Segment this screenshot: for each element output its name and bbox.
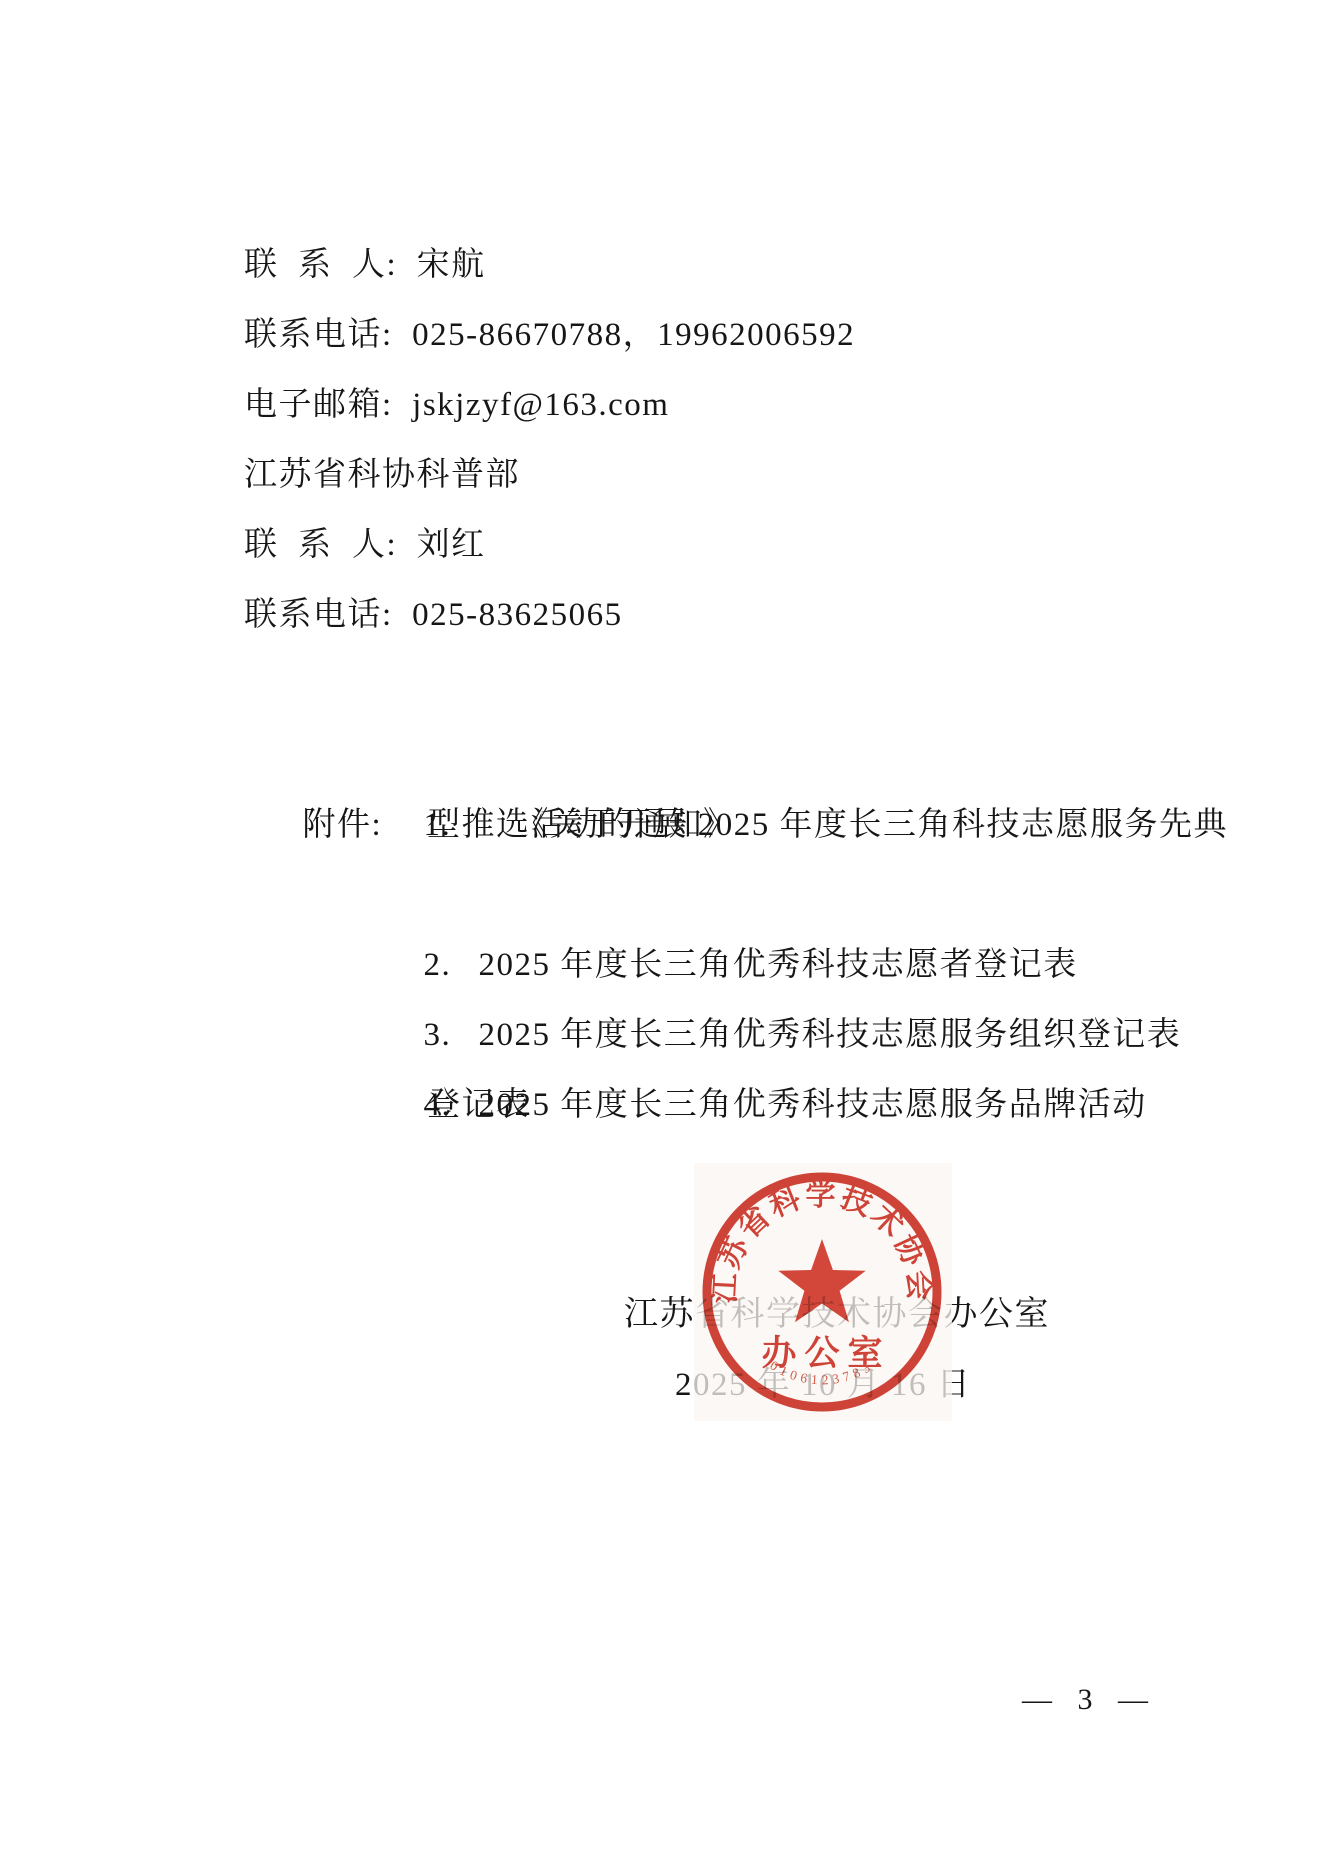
contact-department-line: 江苏省科协科普部 bbox=[0, 440, 1323, 510]
spacer-line bbox=[0, 1210, 1323, 1280]
contact-email-line: 电子邮箱: jskjzyf@163.com bbox=[0, 370, 1323, 440]
attachment-4-title-part-1: 2025 年度长三角优秀科技志愿服务品牌活动 bbox=[479, 1087, 1147, 1123]
contact-phone-line-2: 联系电话: 025-83625065 bbox=[0, 580, 1323, 650]
contact-person-line-2: 联 系 人: 刘红 bbox=[0, 510, 1323, 580]
signing-organization: 江苏省科学技术协会办公室 bbox=[0, 1280, 1323, 1350]
signature-date: 2025 年 10 月 16 日 bbox=[0, 1350, 1323, 1420]
attachment-2-title: 2025 年度长三角优秀科技志愿者登记表 bbox=[479, 947, 1078, 983]
attachment-3-title: 2025 年度长三角优秀科技志愿服务组织登记表 bbox=[479, 1017, 1182, 1053]
page-number: — 3 — bbox=[1022, 1672, 1150, 1728]
document-page: 联 系 人: 宋航 联系电话: 025-86670788，19962006592… bbox=[0, 0, 1323, 1871]
attachment-2-line: 2.2025 年度长三角优秀科技志愿者登记表 bbox=[0, 860, 1323, 930]
contact-person-line-1: 联 系 人: 宋航 bbox=[0, 230, 1323, 300]
attachments-label: 附件: bbox=[303, 790, 424, 860]
attachment-2-number: 2. bbox=[424, 930, 479, 1000]
attachment-3-number: 3. bbox=[424, 1000, 479, 1070]
spacer-line bbox=[0, 650, 1323, 720]
seal-star-icon bbox=[778, 1239, 865, 1322]
spacer-line bbox=[0, 1140, 1323, 1210]
official-seal-icon: 江苏省科学技术协会 办公室 0106123783 bbox=[697, 1167, 947, 1417]
document-body: 联 系 人: 宋航 联系电话: 025-86670788，19962006592… bbox=[0, 230, 1323, 1420]
contact-phone-line-1: 联系电话: 025-86670788，19962006592 bbox=[0, 300, 1323, 370]
attachments-line-1: 附件:1.《关于开展 2025 年度长三角科技志愿服务先典 bbox=[0, 720, 1323, 790]
